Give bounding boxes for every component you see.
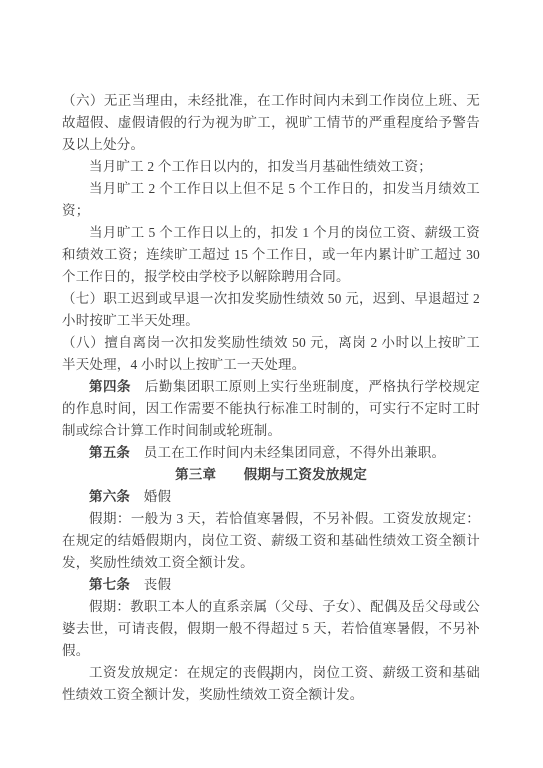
paragraph-text: 丧假 — [130, 577, 171, 592]
funeral-leave-detail-1: 假期：教职工本人的直系亲属（父母、子女）、配偶及岳父母或公婆去世，可请丧假，假期… — [62, 596, 480, 662]
article-label: 第四条 — [89, 379, 131, 394]
rule-absent-2-to-5-days: 当月旷工 2 个工作日以上但不足 5 个工作日的，扣发当月绩效工资； — [62, 178, 480, 222]
paragraph-text: 当月旷工 5 个工作日以上的，扣发 1 个月的岗位工资、薪级工资和绩效工资；连续… — [62, 225, 480, 284]
clause-8-paragraph: （八）擅自离岗一次扣发奖励性绩效 50 元，离岗 2 小时以上按旷工半天处理，4… — [62, 332, 480, 376]
marriage-leave-detail: 假期：一般为 3 天，若恰值寒暑假，不另补假。工资发放规定：在规定的结婚假期内，… — [62, 508, 480, 574]
clause-6-paragraph: （六）无正当理由，未经批准，在工作时间内未到工作岗位上班、无故超假、虚假请假的行… — [62, 90, 480, 156]
chapter-title: 假期与工资发放规定 — [216, 467, 367, 482]
document-body: （六）无正当理由，未经批准，在工作时间内未到工作岗位上班、无故超假、虚假请假的行… — [62, 90, 480, 706]
document-page: （六）无正当理由，未经批准，在工作时间内未到工作岗位上班、无故超假、虚假请假的行… — [0, 0, 543, 768]
clause-7-paragraph: （七）职工迟到或早退一次扣发奖励性绩效 50 元，迟到、早退超过 2 小时按旷工… — [62, 288, 480, 332]
article-6-marriage-leave: 第六条 婚假 — [62, 486, 480, 508]
article-label: 第七条 — [89, 577, 130, 592]
article-4-paragraph: 第四条 后勤集团职工原则上实行坐班制度，严格执行学校规定的作息时间，因工作需要不… — [62, 376, 480, 442]
paragraph-text: （八）擅自离岗一次扣发奖励性绩效 50 元，离岗 2 小时以上按旷工半天处理，4… — [62, 335, 480, 372]
paragraph-text: 当月旷工 2 个工作日以内的，扣发当月基础性绩效工资； — [89, 159, 432, 174]
chapter-label: 第三章 — [175, 467, 216, 482]
page-number: 3 — [62, 669, 480, 685]
article-label: 第五条 — [89, 445, 130, 460]
paragraph-text: 员工在工作时间内未经集团同意，不得外出兼职。 — [130, 445, 445, 460]
article-label: 第六条 — [89, 489, 130, 504]
paragraph-text: （七）职工迟到或早退一次扣发奖励性绩效 50 元，迟到、早退超过 2 小时按旷工… — [62, 291, 480, 328]
paragraph-text: 假期：教职工本人的直系亲属（父母、子女）、配偶及岳父母或公婆去世，可请丧假，假期… — [62, 599, 480, 658]
paragraph-text: （六）无正当理由，未经批准，在工作时间内未到工作岗位上班、无故超假、虚假请假的行… — [62, 93, 480, 152]
paragraph-text: 婚假 — [130, 489, 171, 504]
rule-absent-over-5-days: 当月旷工 5 个工作日以上的，扣发 1 个月的岗位工资、薪级工资和绩效工资；连续… — [62, 222, 480, 288]
paragraph-text: 当月旷工 2 个工作日以上但不足 5 个工作日的，扣发当月绩效工资； — [62, 181, 480, 218]
article-5-paragraph: 第五条 员工在工作时间内未经集团同意，不得外出兼职。 — [62, 442, 480, 464]
article-7-funeral-leave: 第七条 丧假 — [62, 574, 480, 596]
rule-absent-within-2-days: 当月旷工 2 个工作日以内的，扣发当月基础性绩效工资； — [62, 156, 480, 178]
chapter-3-heading: 第三章 假期与工资发放规定 — [62, 464, 480, 486]
paragraph-text: 假期：一般为 3 天，若恰值寒暑假，不另补假。工资发放规定：在规定的结婚假期内，… — [62, 511, 480, 570]
